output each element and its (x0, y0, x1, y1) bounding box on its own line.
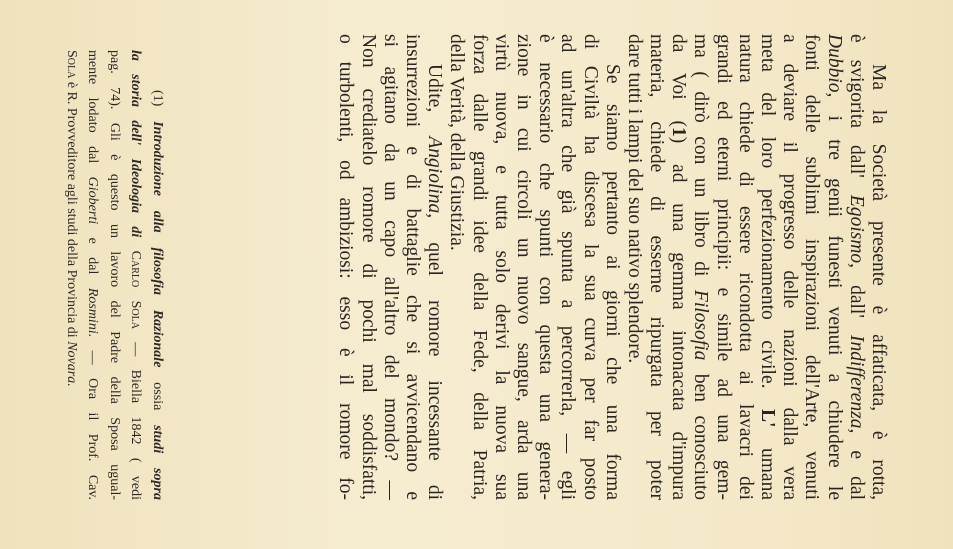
text-segment: e dal (86, 224, 101, 288)
text-line: Se siamo pertanto ai giorni che una form… (601, 34, 623, 500)
scanned-page: Ma la Società presente è affaticata, è r… (0, 0, 953, 549)
text-segment: si agitano da un capo all'altro del mond… (380, 34, 401, 500)
text-segment: da Voi ( (668, 34, 689, 127)
text-segment: umana (757, 427, 778, 500)
text-line: di Civiltà ha discesa la sua curva per f… (578, 34, 600, 500)
text-segment: fonti delle sublimi inspirazioni dell'Ar… (801, 34, 822, 500)
text-line: materia, chiede di esserne ripurgata per… (645, 34, 667, 500)
text-segment: è svigorita dall' (846, 34, 867, 195)
text-segment: grandi ed eterni principii: e simile ad … (713, 34, 734, 500)
text-segment: natura chiede di essere ricondotta ai la… (735, 34, 756, 500)
text-segment: — Ora il Prof. Cav. (86, 337, 101, 500)
text-segment: Ma la Società presente è affaticata, è r… (868, 64, 889, 500)
paragraph: Udite, Angiolina, quel romore incessante… (334, 34, 445, 500)
text-line: della Verità, della Giustizia. (445, 34, 467, 500)
footnote-line: la storia dell' Ideologia di Carlo Sola … (125, 50, 147, 500)
text-segment: quel romore incessante di (424, 218, 445, 500)
text-line: Udite, Angiolina, quel romore incessante… (423, 34, 445, 500)
footnote-line: pag. 74). Gli è questo un lavoro del Pad… (104, 50, 126, 500)
text-segment: ossia (150, 367, 165, 425)
text-line: a deviare il progresso delle nazioni dal… (778, 34, 800, 500)
text-segment: (1) (150, 90, 165, 121)
text-line: da Voi (1) ad una gemma intonacata d'imp… (667, 34, 689, 500)
text-segment: Dubbio, (824, 34, 845, 97)
text-line: virtù nuova, e tutta solo derivi la nuov… (490, 34, 512, 500)
text-segment: di Civiltà ha discesa la sua curva per f… (580, 34, 601, 500)
text-segment: Non crediatelo romore di pochi mal soddi… (358, 34, 379, 500)
text-segment: virtù nuova, e tutta solo derivi la nuov… (491, 34, 512, 500)
text-segment: Rosmini. (86, 288, 101, 337)
text-segment: zione in cui circoli un nuovo sangue, ar… (513, 34, 534, 500)
text-segment: meta del loro perfezionamento civile. (757, 34, 778, 409)
text-segment: ) ad una gemma intonacata d'impura (668, 137, 689, 500)
text-segment: pag. 74). Gli è questo un lavoro del Pad… (107, 50, 122, 500)
text-line: o turbolenti, od ambiziosi: esso è il ro… (334, 34, 356, 500)
text-segment: Novara. (64, 341, 79, 387)
text-segment (129, 237, 144, 250)
footnote-line: (1) Introduzione alla filosofia Razional… (147, 50, 169, 500)
text-segment: mente lodato dal (86, 50, 101, 177)
text-line: grandi ed eterni principii: e simile ad … (712, 34, 734, 500)
text-line: Ma la Società presente è affaticata, è r… (867, 34, 889, 500)
text-line: meta del loro perfezionamento civile. L'… (756, 34, 778, 500)
text-segment: ma ( dirò con un libro di (691, 34, 712, 290)
text-segment: Carlo Sola (129, 251, 144, 329)
text-segment: dall' (846, 268, 867, 335)
paragraph: Se siamo pertanto ai giorni che una form… (445, 34, 623, 500)
text-segment: Sola (64, 50, 79, 78)
text-segment: è necessario che spunti con questa una g… (535, 34, 556, 500)
text-line: ma ( dirò con un libro di Filosofia ben … (689, 34, 711, 500)
text-segment: Gioberti (86, 177, 101, 224)
text-segment: i tre genii funesti venuti a chiudere le (824, 97, 845, 500)
text-line: insurrezioni e di battaglie che si avvic… (401, 34, 423, 500)
text-segment: Se siamo pertanto ai giorni che una form… (602, 64, 623, 500)
text-segment: insurrezioni e di battaglie che si avvic… (402, 34, 423, 500)
text-segment: — Biella 1842 ( vedi (129, 329, 144, 500)
text-segment: materia, chiede di esserne ripurgata per… (646, 34, 667, 500)
body-text: Ma la Società presente è affaticata, è r… (334, 34, 889, 500)
paragraph: Ma la Società presente è affaticata, è r… (623, 34, 889, 500)
text-segment: Filosofia (691, 290, 712, 360)
text-line: ad un'altra che già spunta a percorrerla… (556, 34, 578, 500)
text-segment: della Verità, della Giustizia. (446, 34, 467, 251)
text-segment: studi sopra (150, 425, 165, 500)
text-segment: Egoismo, (846, 195, 867, 268)
text-line: è necessario che spunti con questa una g… (534, 34, 556, 500)
text-segment: 1 (668, 127, 689, 137)
text-line: si agitano da un capo all'altro del mond… (379, 34, 401, 500)
text-segment: forza dalle grandi idee della Fede, dell… (469, 34, 490, 500)
text-segment: Introduzione alla filosofia Razionale (150, 121, 165, 367)
text-line: Dubbio, i tre genii funesti venuti a chi… (822, 34, 844, 500)
text-segment: dare tutti i lampi del suo nativo splend… (624, 34, 645, 363)
footnote-line: Sola è R. Provveditore agli studi della … (61, 50, 83, 500)
text-line: Non crediatelo romore di pochi mal soddi… (357, 34, 379, 500)
footnote: (1) Introduzione alla filosofia Razional… (61, 50, 169, 500)
text-segment: ben conosciuto (691, 360, 712, 500)
text-segment: Indifferenza, (846, 335, 867, 433)
text-line: fonti delle sublimi inspirazioni dell'Ar… (800, 34, 822, 500)
text-line: forza dalle grandi idee della Fede, dell… (467, 34, 489, 500)
text-line: è svigorita dall' Egoismo, dall' Indiffe… (845, 34, 867, 500)
text-line: dare tutti i lampi del suo nativo splend… (623, 34, 645, 500)
text-segment: Angiolina, (424, 136, 445, 218)
text-segment: e dal (846, 433, 867, 500)
text-segment: a deviare il progresso delle nazioni dal… (779, 34, 800, 500)
text-segment: ad un'altra che già spunta a percorrerla… (557, 34, 578, 500)
text-segment: Udite, (424, 64, 445, 136)
text-segment: o turbolenti, od ambiziosi: esso è il ro… (336, 34, 357, 500)
text-line: natura chiede di essere ricondotta ai la… (734, 34, 756, 500)
text-segment: la storia dell' Ideologia di (129, 50, 144, 237)
text-line: zione in cui circoli un nuovo sangue, ar… (512, 34, 534, 500)
text-segment: L' (757, 409, 778, 427)
text-segment: è R. Provveditore agli studi della Provi… (64, 78, 79, 341)
footnote-line: mente lodato dal Gioberti e dal Rosmini.… (82, 50, 104, 500)
rotated-page: Ma la Società presente è affaticata, è r… (0, 0, 953, 549)
